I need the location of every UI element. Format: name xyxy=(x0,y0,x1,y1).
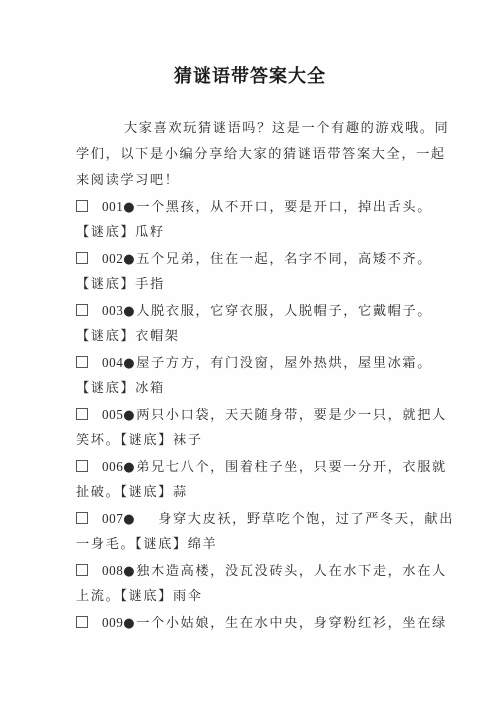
document-page: 猜谜语带答案大全 大家喜欢玩猜谜语吗？这是一个有趣的游戏哦。同 学们，以下是小编… xyxy=(0,0,500,708)
bullet-icon: ● xyxy=(123,616,136,631)
riddle-question: 003●人脱衣服，它穿衣服，人脱帽子，它戴帽子。 xyxy=(76,298,428,324)
document-body: 大家喜欢玩猜谜语吗？这是一个有趣的游戏哦。同 学们，以下是小编分享给大家的猜谜语… xyxy=(76,116,428,636)
checkbox-icon[interactable] xyxy=(76,200,88,212)
riddle-question: 001●一个黑孩，从不开口，要是开口，掉出舌头。 xyxy=(76,194,428,220)
riddle-text-cont: 上流。 xyxy=(76,589,120,604)
intro-line: 大家喜欢玩猜谜语吗？这是一个有趣的游戏哦。同 xyxy=(76,116,428,142)
intro-line: 来阅读学习吧！ xyxy=(76,168,428,194)
riddle-text-cont: 扯破。 xyxy=(76,485,120,500)
bullet-icon: ● xyxy=(123,512,136,527)
checkbox-icon[interactable] xyxy=(76,616,88,628)
checkbox-icon[interactable] xyxy=(76,408,88,420)
riddle-text: 人脱衣服，它穿衣服，人脱帽子，它戴帽子。 xyxy=(136,304,432,319)
answer-label: 【谜底】 xyxy=(120,433,173,448)
bullet-icon: ● xyxy=(123,564,136,579)
answer-label: 【谜底】 xyxy=(76,329,135,344)
checkbox-icon[interactable] xyxy=(76,564,88,576)
answer-text: 雨伞 xyxy=(173,589,203,604)
answer-text: 瓜籽 xyxy=(135,225,165,240)
riddle-number: 007 xyxy=(102,511,123,526)
checkbox-icon[interactable] xyxy=(76,460,88,472)
riddle-continuation: 上流。【谜底】雨伞 xyxy=(76,584,428,610)
riddle-number: 008 xyxy=(102,563,123,578)
page-title: 猜谜语带答案大全 xyxy=(0,62,500,88)
bullet-icon: ● xyxy=(123,304,136,319)
bullet-icon: ● xyxy=(123,408,136,423)
answer-text: 冰箱 xyxy=(135,381,165,396)
riddle-number: 005 xyxy=(102,407,123,422)
riddle-number: 003 xyxy=(102,303,123,318)
riddle-answer: 【谜底】手指 xyxy=(76,272,428,298)
riddle-number: 006 xyxy=(102,459,123,474)
answer-label: 【谜底】 xyxy=(135,537,188,552)
riddle-question: 006●弟兄七八个，围着柱子坐，只要一分开，衣服就 xyxy=(76,454,428,480)
answer-label: 【谜底】 xyxy=(76,225,135,240)
bullet-icon: ● xyxy=(123,356,136,371)
bullet-icon: ● xyxy=(123,200,136,215)
riddle-text: 弟兄七八个，围着柱子坐，只要一分开，衣服就 xyxy=(136,460,447,475)
checkbox-icon[interactable] xyxy=(76,252,88,264)
riddle-number: 004 xyxy=(102,355,123,370)
answer-label: 【谜底】 xyxy=(120,485,173,500)
answer-text: 袜子 xyxy=(173,433,203,448)
riddle-text: 一个黑孩，从不开口，要是开口，掉出舌头。 xyxy=(136,200,432,215)
answer-label: 【谜底】 xyxy=(76,381,135,396)
riddle-text: 五个兄弟，住在一起，名字不同，高矮不齐。 xyxy=(136,252,432,267)
answer-text: 绵羊 xyxy=(188,537,218,552)
riddle-question: 009●一个小姑娘，生在水中央，身穿粉红衫，坐在绿 xyxy=(76,610,428,636)
riddle-question: 008●独木造高楼，没瓦没砖头，人在水下走，水在人 xyxy=(76,558,428,584)
bullet-icon: ● xyxy=(123,460,136,475)
riddle-number: 001 xyxy=(102,199,123,214)
riddle-continuation: 扯破。【谜底】蒜 xyxy=(76,480,428,506)
answer-label: 【谜底】 xyxy=(120,589,173,604)
riddle-question: 004●屋子方方，有门没窗，屋外热烘，屋里冰霜。 xyxy=(76,350,428,376)
checkbox-icon[interactable] xyxy=(76,356,88,368)
riddle-text-cont: 笑坏。 xyxy=(76,433,120,448)
checkbox-icon[interactable] xyxy=(76,512,88,524)
riddle-text: 一个小姑娘，生在水中央，身穿粉红衫，坐在绿 xyxy=(136,616,447,631)
riddle-answer: 【谜底】冰箱 xyxy=(76,376,428,402)
answer-label: 【谜底】 xyxy=(76,277,135,292)
riddle-question: 005●两只小口袋，天天随身带，要是少一只，就把人 xyxy=(76,402,428,428)
riddle-question: 007●身穿大皮袄，野草吃个饱，过了严冬天，献出 xyxy=(76,506,428,532)
riddle-number: 009 xyxy=(102,615,123,630)
riddle-text: 两只小口袋，天天随身带，要是少一只，就把人 xyxy=(136,408,447,423)
riddle-answer: 【谜底】瓜籽 xyxy=(76,220,428,246)
bullet-icon: ● xyxy=(123,252,136,267)
riddle-text-cont: 一身毛。 xyxy=(76,537,135,552)
riddle-continuation: 一身毛。【谜底】绵羊 xyxy=(76,532,428,558)
riddle-text: 屋子方方，有门没窗，屋外热烘，屋里冰霜。 xyxy=(136,356,432,371)
riddle-answer: 【谜底】衣帽架 xyxy=(76,324,428,350)
riddle-text: 身穿大皮袄，野草吃个饱，过了严冬天，献出 xyxy=(158,512,454,527)
intro-line: 学们，以下是小编分享给大家的猜谜语带答案大全，一起 xyxy=(76,142,428,168)
riddle-text: 独木造高楼，没瓦没砖头，人在水下走，水在人 xyxy=(136,564,447,579)
answer-text: 手指 xyxy=(135,277,165,292)
answer-text: 衣帽架 xyxy=(135,329,179,344)
riddle-question: 002●五个兄弟，住在一起，名字不同，高矮不齐。 xyxy=(76,246,428,272)
riddle-continuation: 笑坏。【谜底】袜子 xyxy=(76,428,428,454)
riddle-number: 002 xyxy=(102,251,123,266)
answer-text: 蒜 xyxy=(173,485,188,500)
checkbox-icon[interactable] xyxy=(76,304,88,316)
